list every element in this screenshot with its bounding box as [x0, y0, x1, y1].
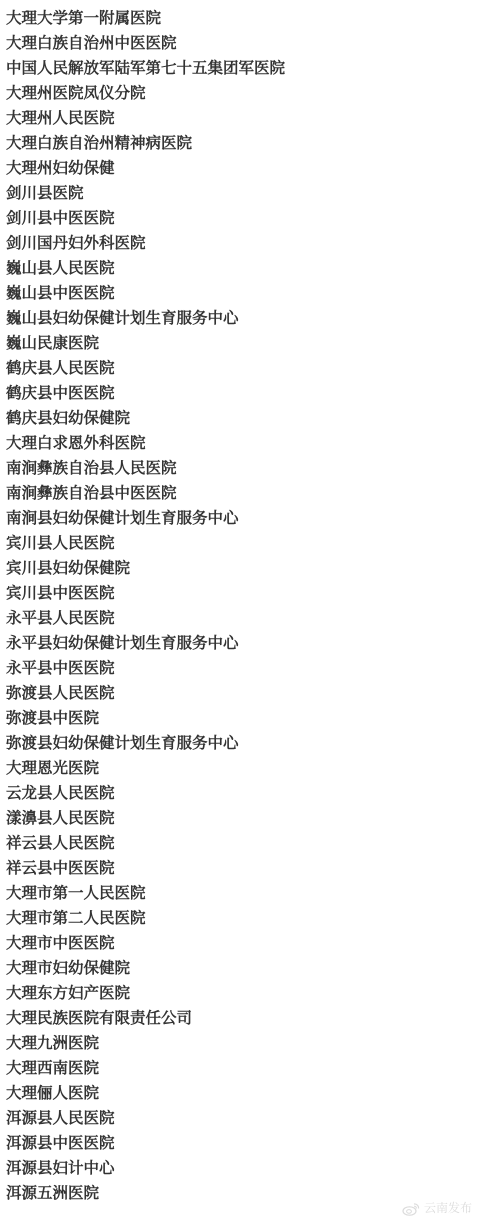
list-item: 洱源县妇计中心 — [6, 1156, 285, 1181]
list-item: 大理州医院凤仪分院 — [6, 81, 285, 106]
watermark: 云南发布 — [402, 1199, 472, 1216]
weibo-icon — [402, 1201, 420, 1215]
list-item: 弥渡县妇幼保健计划生育服务中心 — [6, 731, 285, 756]
list-item: 大理州妇幼保健 — [6, 156, 285, 181]
list-item: 大理白族自治州精神病医院 — [6, 131, 285, 156]
list-item: 祥云县人民医院 — [6, 831, 285, 856]
watermark-text: 云南发布 — [424, 1199, 472, 1216]
list-item: 洱源五洲医院 — [6, 1181, 285, 1206]
list-item: 大理九洲医院 — [6, 1031, 285, 1056]
list-item: 祥云县中医医院 — [6, 856, 285, 881]
list-item: 剑川县医院 — [6, 181, 285, 206]
list-item: 剑川国丹妇外科医院 — [6, 231, 285, 256]
list-item: 大理市第一人民医院 — [6, 881, 285, 906]
list-item: 洱源县中医医院 — [6, 1131, 285, 1156]
list-item: 大理西南医院 — [6, 1056, 285, 1081]
list-item: 巍山县妇幼保健计划生育服务中心 — [6, 306, 285, 331]
list-item: 剑川县中医医院 — [6, 206, 285, 231]
list-item: 大理州人民医院 — [6, 106, 285, 131]
list-item: 漾濞县人民医院 — [6, 806, 285, 831]
list-item: 中国人民解放军陆军第七十五集团军医院 — [6, 56, 285, 81]
list-item: 洱源县人民医院 — [6, 1106, 285, 1131]
list-item: 鹤庆县妇幼保健院 — [6, 406, 285, 431]
list-item: 宾川县妇幼保健院 — [6, 556, 285, 581]
list-item: 永平县妇幼保健计划生育服务中心 — [6, 631, 285, 656]
list-item: 巍山县中医医院 — [6, 281, 285, 306]
list-item: 鹤庆县人民医院 — [6, 356, 285, 381]
list-item: 永平县人民医院 — [6, 606, 285, 631]
list-item: 永平县中医医院 — [6, 656, 285, 681]
list-item: 大理俪人医院 — [6, 1081, 285, 1106]
hospital-list: 大理大学第一附属医院 大理白族自治州中医医院 中国人民解放军陆军第七十五集团军医… — [6, 6, 285, 1206]
list-item: 巍山县人民医院 — [6, 256, 285, 281]
list-item: 大理白求恩外科医院 — [6, 431, 285, 456]
list-item: 大理市妇幼保健院 — [6, 956, 285, 981]
list-item: 大理白族自治州中医医院 — [6, 31, 285, 56]
list-item: 弥渡县中医院 — [6, 706, 285, 731]
list-item: 鹤庆县中医医院 — [6, 381, 285, 406]
list-item: 大理东方妇产医院 — [6, 981, 285, 1006]
list-item: 大理市第二人民医院 — [6, 906, 285, 931]
list-item: 南涧彝族自治县中医医院 — [6, 481, 285, 506]
list-item: 云龙县人民医院 — [6, 781, 285, 806]
list-item: 宾川县中医医院 — [6, 581, 285, 606]
list-item: 大理民族医院有限责任公司 — [6, 1006, 285, 1031]
list-item: 弥渡县人民医院 — [6, 681, 285, 706]
list-item: 大理恩光医院 — [6, 756, 285, 781]
list-item: 宾川县人民医院 — [6, 531, 285, 556]
list-item: 大理市中医医院 — [6, 931, 285, 956]
list-item: 南涧县妇幼保健计划生育服务中心 — [6, 506, 285, 531]
list-item: 大理大学第一附属医院 — [6, 6, 285, 31]
list-item: 巍山民康医院 — [6, 331, 285, 356]
list-item: 南涧彝族自治县人民医院 — [6, 456, 285, 481]
